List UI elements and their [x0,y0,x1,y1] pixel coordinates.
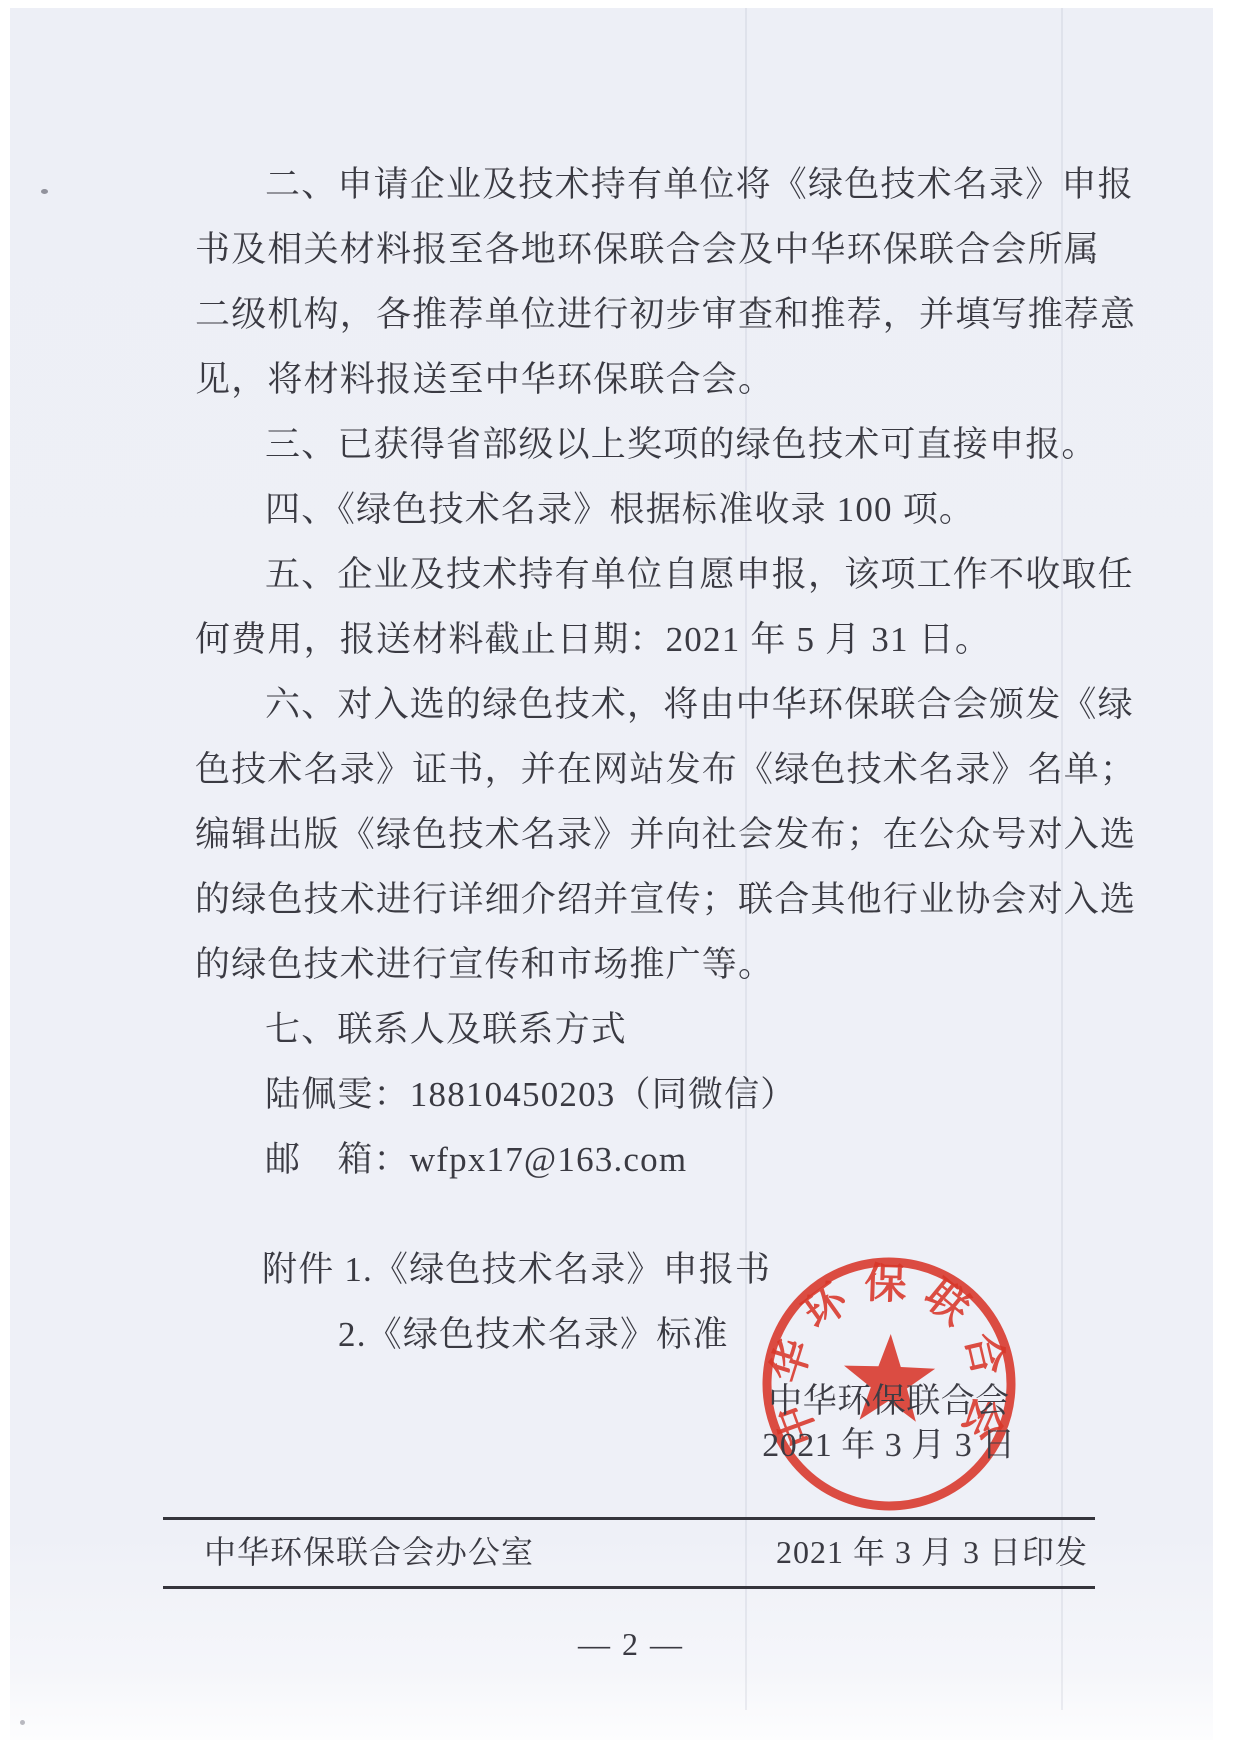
body-line: 陆佩雯：18810450203（同微信） [195,1062,1075,1127]
footer-office: 中华环保联合会办公室 [204,1532,534,1572]
document-page: 二、申请企业及技术持有单位将《绿色技术名录》申报书及相关材料报至各地环保联合会及… [0,0,1240,1753]
footer-row: 中华环保联合会办公室 2021 年 3 月 3 日印发 [204,1532,1088,1572]
body-line: 二级机构，各推荐单位进行初步审查和推荐，并填写推荐意 [195,282,1075,347]
footer-rule-bottom [163,1586,1095,1589]
scan-speck [20,1720,25,1725]
body-line: 五、企业及技术持有单位自愿申报，该项工作不收取任 [195,542,1075,607]
body-line: 何费用，报送材料截止日期：2021 年 5 月 31 日。 [195,607,1075,672]
body-line: 的绿色技术进行宣传和市场推广等。 [195,932,1075,997]
page-number: — 2 — [195,1626,1067,1663]
body-line: 六、对入选的绿色技术，将由中华环保联合会颁发《绿 [195,672,1075,737]
body-line: 的绿色技术进行详细介绍并宣传；联合其他行业协会对入选 [195,867,1075,932]
body-line: 邮 箱：wfpx17@163.com [195,1127,1075,1192]
body-line: 三、已获得省部级以上奖项的绿色技术可直接申报。 [195,412,1075,477]
signature-date: 2021 年 3 月 3 日 [749,1424,1029,1468]
body-line: 编辑出版《绿色技术名录》并向社会发布；在公众号对入选 [195,802,1075,867]
body-line: 四、《绿色技术名录》根据标准收录 100 项。 [195,477,1075,542]
body-line: 色技术名录》证书，并在网站发布《绿色技术名录》名单； [195,737,1075,802]
scan-speck [41,189,48,194]
body-line: 书及相关材料报至各地环保联合会及中华环保联合会所属 [195,217,1075,282]
signature-block: 中华环保联合会 2021 年 3 月 3 日 [749,1380,1029,1468]
footer-rule-top [163,1517,1095,1520]
footer-issue-date: 2021 年 3 月 3 日印发 [776,1532,1088,1572]
body-line: 二、申请企业及技术持有单位将《绿色技术名录》申报 [195,152,1075,217]
body-lines: 二、申请企业及技术持有单位将《绿色技术名录》申报书及相关材料报至各地环保联合会及… [195,152,1075,1192]
signature-org: 中华环保联合会 [749,1380,1029,1424]
body-line: 见，将材料报送至中华环保联合会。 [195,347,1075,412]
body-line: 七、联系人及联系方式 [195,997,1075,1062]
